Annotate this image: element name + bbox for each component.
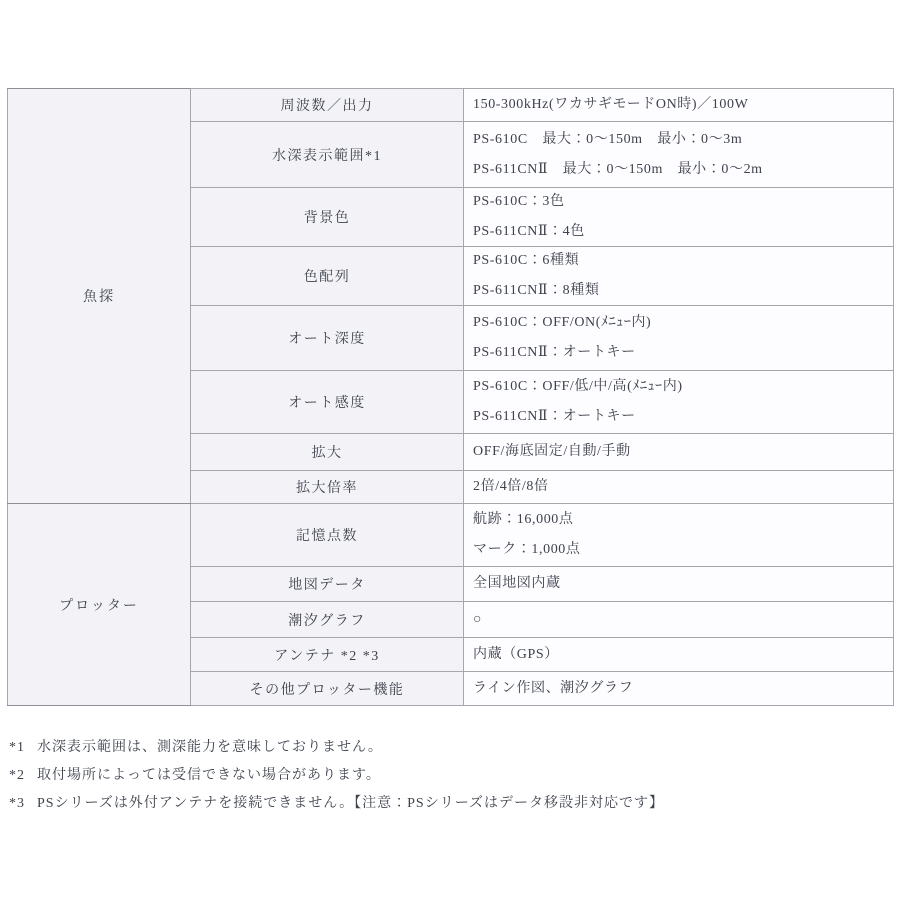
section-fishfinder: 魚探 周波数／出力 150-300kHz(ワカサギモードON時)／100W 水深… [8,89,894,504]
spec-value-background-color: PS-610C：3色 PS-611CNⅡ：4色 [464,188,894,247]
spec-value-line: 全国地図内蔵 [473,576,887,592]
spec-label-memory-points: 記憶点数 [191,504,464,567]
footnote-marker: *3 [9,796,37,812]
spec-label-antenna: アンテナ *2 *3 [191,638,464,672]
spec-value-zoom: OFF/海底固定/自動/手動 [464,434,894,471]
spec-label-auto-gain: オート感度 [191,371,464,434]
footnotes: *1 水深表示範囲は、測深能力を意味しておりません。 *2 取付場所によっては受… [9,736,889,820]
spec-value-line: 150-300kHz(ワカサギモードON時)／100W [473,97,887,113]
spec-label-map-data: 地図データ [191,567,464,602]
spec-value-color-array: PS-610C：6種類 PS-611CNⅡ：8種類 [464,247,894,306]
spec-value-line: PS-611CNⅡ：8種類 [473,283,887,299]
footnote-1: *1 水深表示範囲は、測深能力を意味しておりません。 [9,736,889,764]
spec-value-line: 航跡：16,000点 [473,512,887,528]
spec-value-line: PS-610C：OFF/ON(ﾒﾆｭｰ内) [473,315,887,331]
spec-value-line: PS-611CNⅡ：オートキー [473,345,887,361]
spec-table: 魚探 周波数／出力 150-300kHz(ワカサギモードON時)／100W 水深… [7,88,894,706]
footnote-text: 水深表示範囲は、測深能力を意味しておりません。 [37,736,383,756]
spec-value-memory-points: 航跡：16,000点 マーク：1,000点 [464,504,894,567]
table-row: 魚探 周波数／出力 150-300kHz(ワカサギモードON時)／100W [8,89,894,122]
footnote-2: *2 取付場所によっては受信できない場合があります。 [9,764,889,792]
spec-label-tide-graph: 潮汐グラフ [191,602,464,638]
spec-value-auto-gain: PS-610C：OFF/低/中/高(ﾒﾆｭｰ内) PS-611CNⅡ：オートキー [464,371,894,434]
spec-value-frequency-output: 150-300kHz(ワカサギモードON時)／100W [464,89,894,122]
spec-value-line: PS-611CNⅡ 最大：0～150m 最小：0～2m [473,162,887,178]
footnote-text: PSシリーズは外付アンテナを接続できません。【注意：PSシリーズはデータ移設非対… [37,792,664,812]
spec-label-zoom-ratio: 拡大倍率 [191,471,464,504]
spec-value-zoom-ratio: 2倍/4倍/8倍 [464,471,894,504]
spec-value-line: ○ [473,612,887,628]
spec-value-other-plotter-functions: ライン作図、潮汐グラフ [464,672,894,706]
table-row: プロッター 記憶点数 航跡：16,000点 マーク：1,000点 [8,504,894,567]
spec-value-map-data: 全国地図内蔵 [464,567,894,602]
spec-label-background-color: 背景色 [191,188,464,247]
spec-label-other-plotter-functions: その他プロッター機能 [191,672,464,706]
spec-value-line: マーク：1,000点 [473,542,887,558]
spec-label-color-array: 色配列 [191,247,464,306]
category-cell-fishfinder: 魚探 [8,89,191,504]
footnote-text: 取付場所によっては受信できない場合があります。 [37,764,381,784]
spec-value-antenna: 内蔵（GPS） [464,638,894,672]
footnote-3: *3 PSシリーズは外付アンテナを接続できません。【注意：PSシリーズはデータ移… [9,792,889,820]
spec-value-line: 内蔵（GPS） [473,647,887,663]
spec-value-line: PS-611CNⅡ：4色 [473,224,887,240]
spec-value-line: PS-610C 最大：0～150m 最小：0～3m [473,132,887,148]
spec-value-line: 2倍/4倍/8倍 [473,479,887,495]
spec-value-line: PS-610C：6種類 [473,253,887,269]
spec-value-line: ライン作図、潮汐グラフ [473,681,887,697]
spec-label-auto-depth: オート深度 [191,306,464,371]
spec-label-frequency-output: 周波数／出力 [191,89,464,122]
spec-value-line: PS-610C：3色 [473,194,887,210]
section-plotter: プロッター 記憶点数 航跡：16,000点 マーク：1,000点 地図データ 全… [8,504,894,706]
category-cell-plotter: プロッター [8,504,191,706]
spec-value-depth-range: PS-610C 最大：0～150m 最小：0～3m PS-611CNⅡ 最大：0… [464,122,894,188]
spec-label-zoom: 拡大 [191,434,464,471]
spec-value-auto-depth: PS-610C：OFF/ON(ﾒﾆｭｰ内) PS-611CNⅡ：オートキー [464,306,894,371]
footnote-marker: *1 [9,740,37,756]
spec-label-depth-range: 水深表示範囲*1 [191,122,464,188]
spec-value-tide-graph: ○ [464,602,894,638]
spec-value-line: PS-611CNⅡ：オートキー [473,409,887,425]
spec-sheet-page: { "colors": { "text": "#3d424d", "border… [0,0,900,900]
spec-value-line: OFF/海底固定/自動/手動 [473,444,887,460]
footnote-marker: *2 [9,768,37,784]
spec-value-line: PS-610C：OFF/低/中/高(ﾒﾆｭｰ内) [473,379,887,395]
